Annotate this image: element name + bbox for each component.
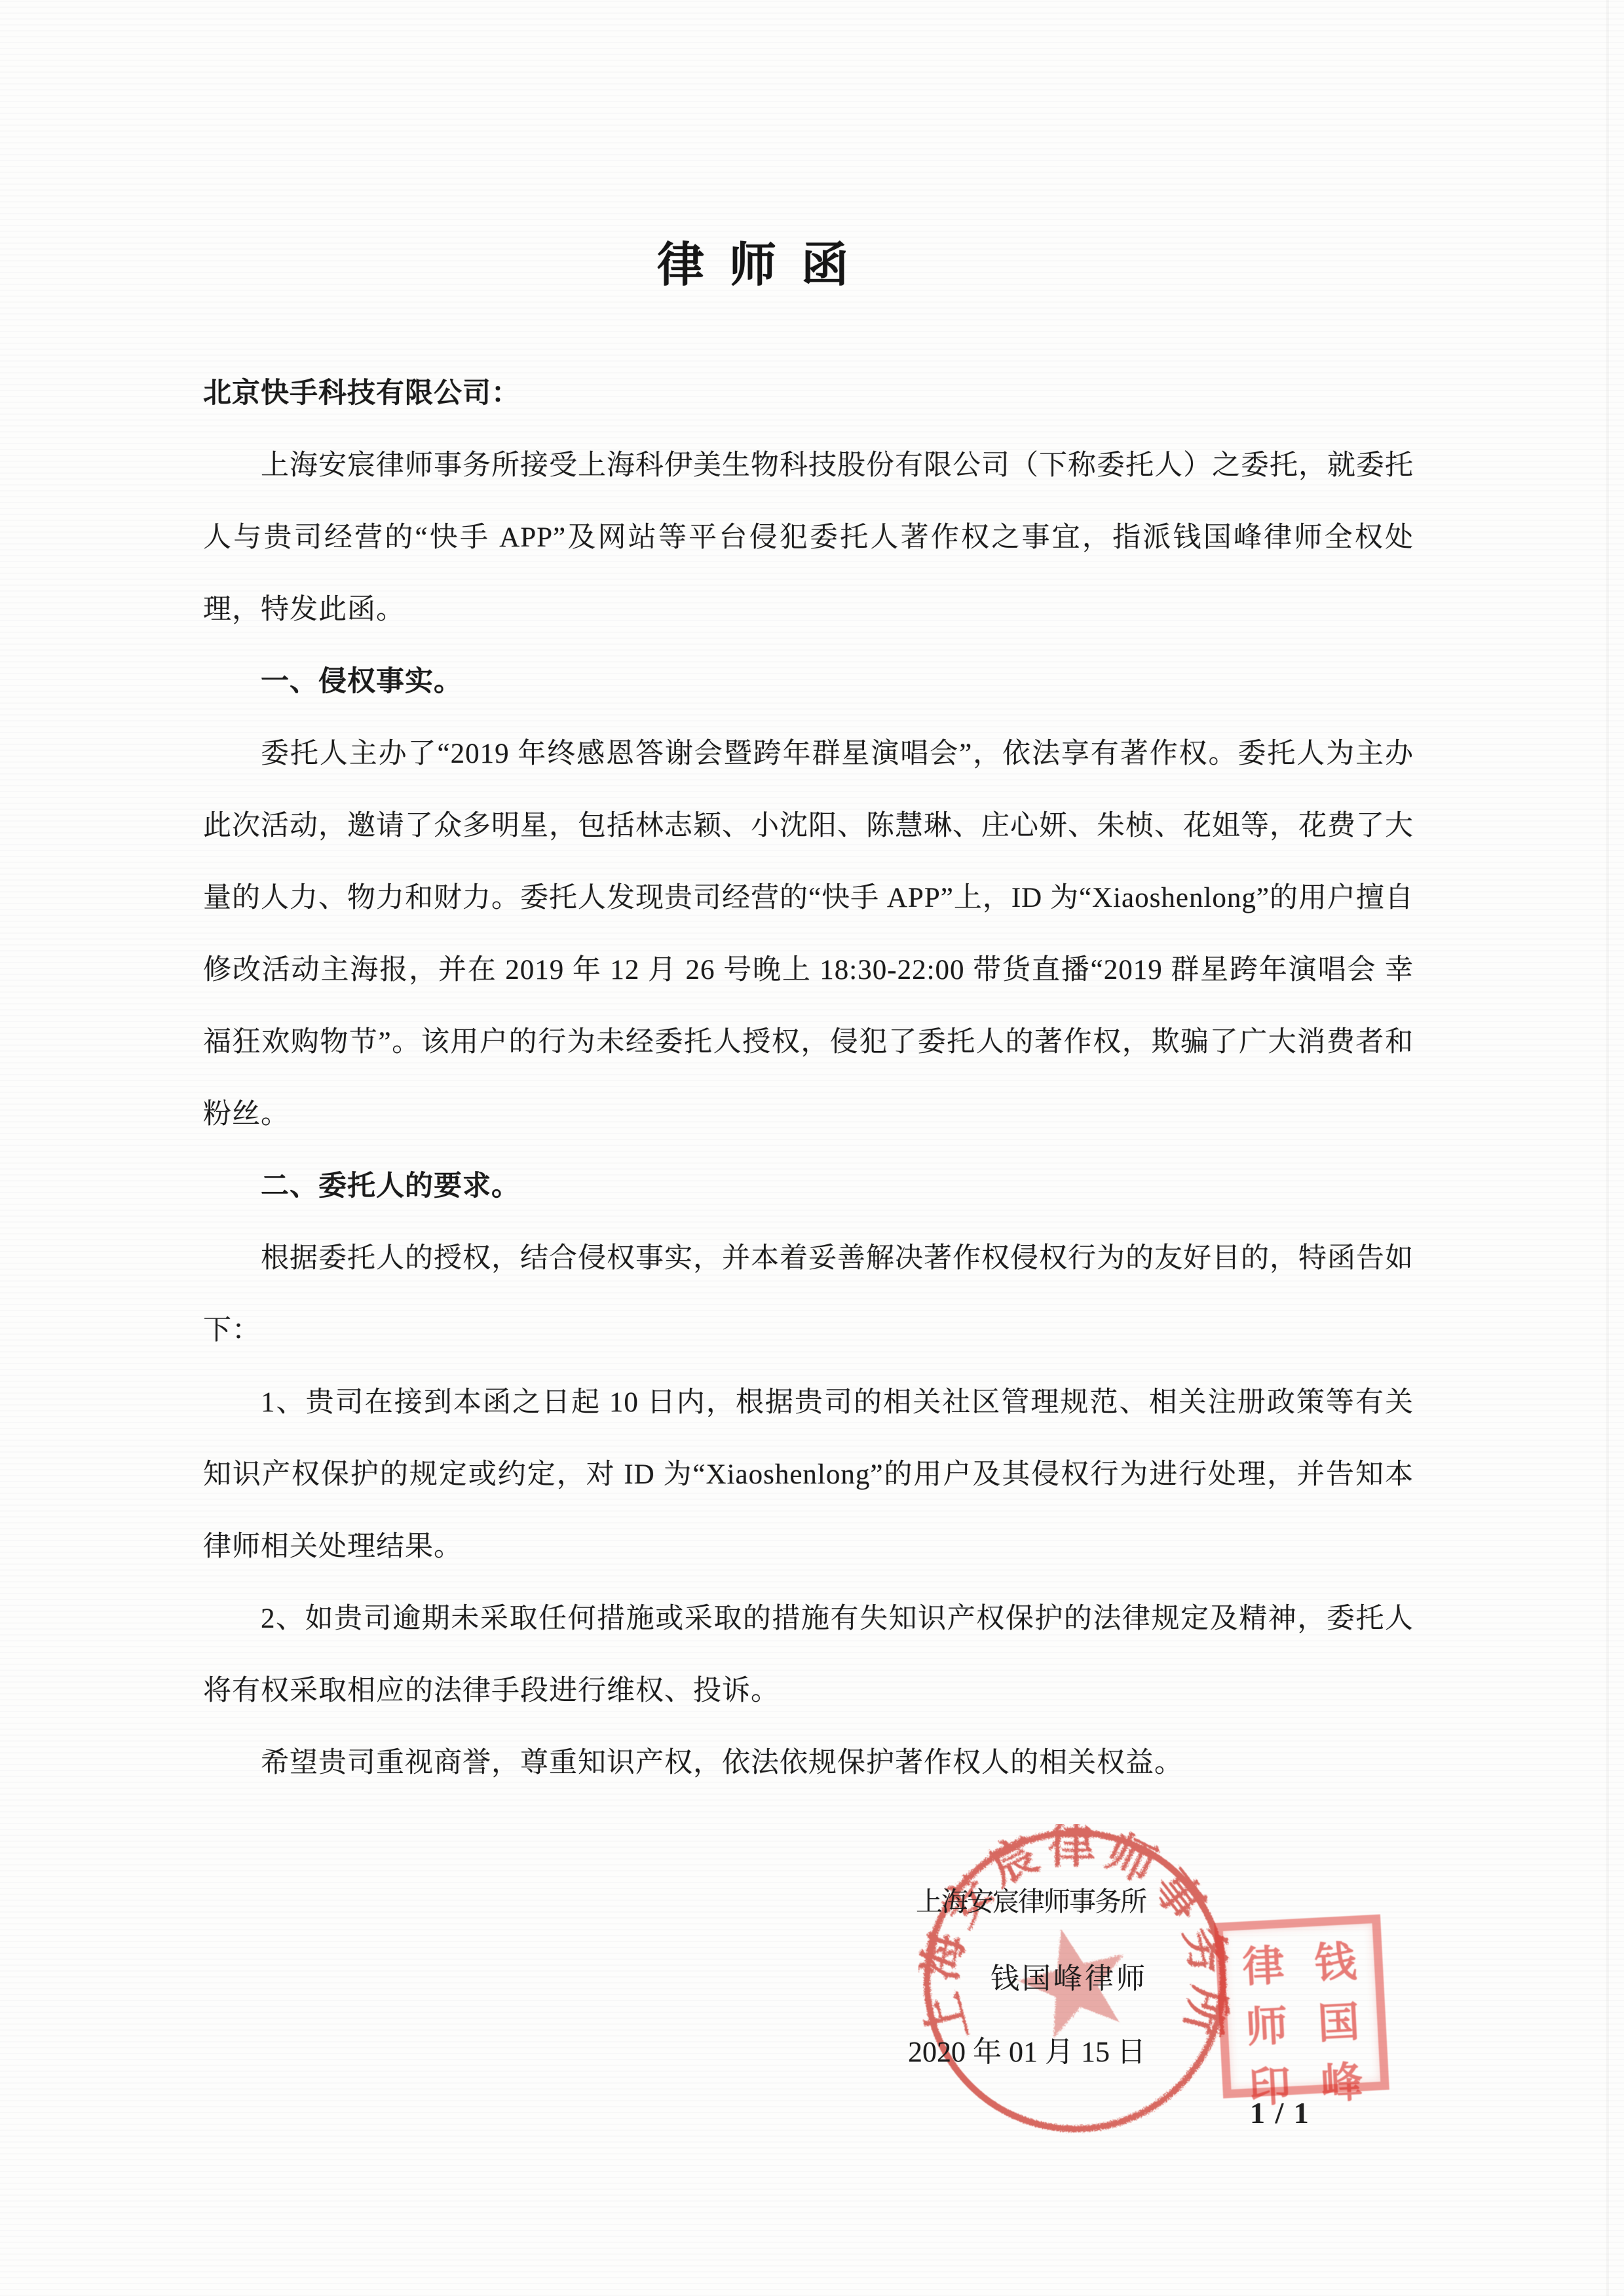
- page-number: 1 / 1: [1250, 2095, 1310, 2130]
- seal-char: 国: [1301, 1987, 1376, 2052]
- signature-lawyer: 钱国峰律师: [991, 1962, 1148, 1997]
- section-heading-2: 二、委托人的要求。: [203, 1151, 1414, 1223]
- seal-char: 峰: [1304, 2048, 1380, 2112]
- signature-date: 2020 年 01 月 15 日: [908, 2035, 1146, 2070]
- body-paragraph: 希望贵司重视商誉，尊重知识产权，依法依规保护著作权人的相关权益。: [203, 1727, 1414, 1799]
- section-heading-1: 一、侵权事实。: [203, 646, 1414, 718]
- body-paragraph: 2、如贵司逾期未采取任何措施或采取的措施有失知识产权保护的法律规定及精神，委托人…: [203, 1583, 1414, 1727]
- scan-artifact-streak: [1606, 0, 1609, 2296]
- lawyer-square-seal: 钱 国 峰 律 师 印: [1214, 1915, 1389, 2099]
- seal-char: 钱: [1298, 1927, 1373, 1991]
- letter-body: 北京快手科技有限公司： 上海安宸律师事务所接受上海科伊美生物科技股份有限公司（下…: [203, 358, 1414, 1799]
- signature-firm: 上海安宸律师事务所: [916, 1886, 1146, 1918]
- addressee-line: 北京快手科技有限公司：: [203, 358, 1414, 430]
- scanned-lawyer-letter-page: 律师函 北京快手科技有限公司： 上海安宸律师事务所接受上海科伊美生物科技股份有限…: [0, 0, 1624, 2296]
- body-paragraph: 根据委托人的授权，结合侵权事实，并本着妥善解决著作权侵权行为的友好目的，特函告如…: [203, 1223, 1414, 1367]
- body-paragraph: 委托人主办了“2019 年终感恩答谢会暨跨年群星演唱会”，依法享有著作权。委托人…: [203, 718, 1414, 1151]
- seal-char: 师: [1229, 1991, 1304, 2056]
- body-paragraph: 1、贵司在接到本函之日起 10 日内，根据贵司的相关社区管理规范、相关注册政策等…: [203, 1367, 1414, 1583]
- body-paragraph: 上海安宸律师事务所接受上海科伊美生物科技股份有限公司（下称委托人）之委托，就委托…: [203, 430, 1414, 646]
- seal-char: 律: [1226, 1931, 1301, 1995]
- page-title: 律师函: [0, 227, 1505, 295]
